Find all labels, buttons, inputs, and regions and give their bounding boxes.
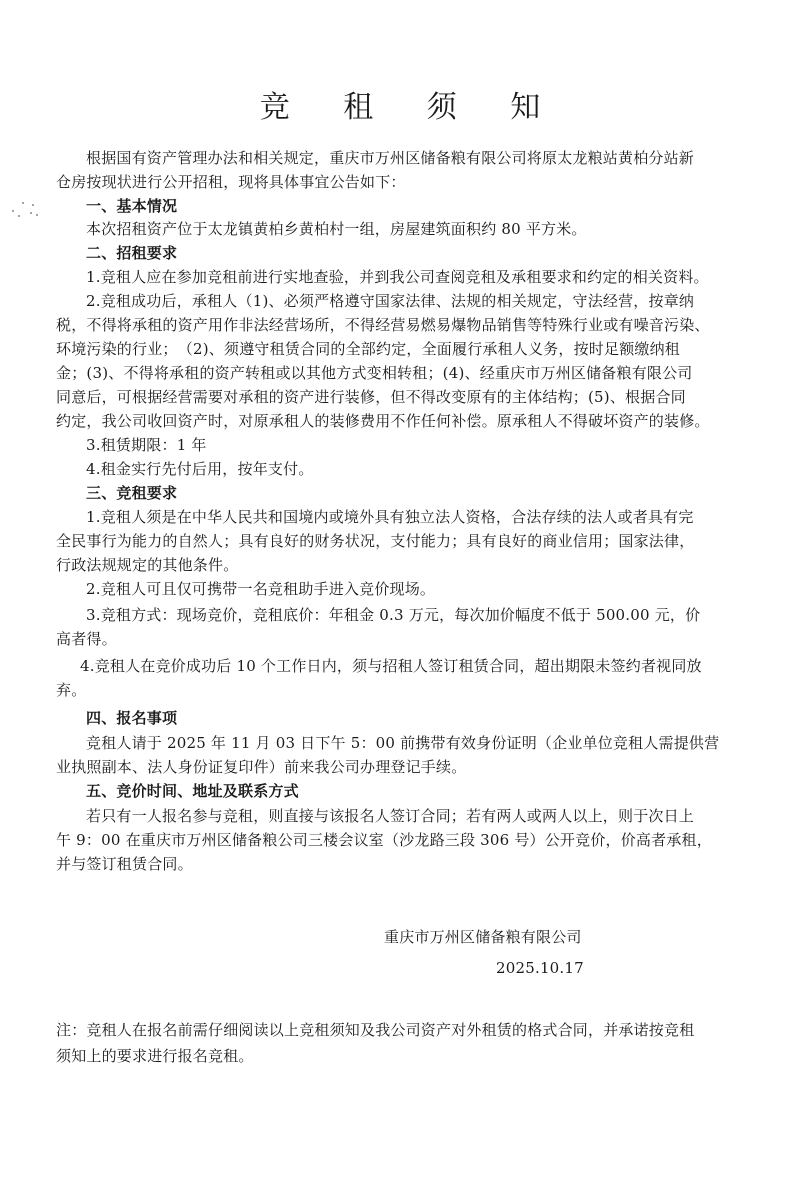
section-text: 业执照副本、法人身份证复印件）前来我公司办理登记手续。 [56, 757, 466, 777]
section-heading: 五、竞价时间、地址及联系方式 [86, 781, 299, 801]
section-text: 4.竞租人在竞价成功后 10 个工作日内，须与招租人签订租赁合同，超出期限未签约… [80, 656, 702, 676]
section-text: 全民事行为能力的自然人；具有良好的财务状况，支付能力；具有良好的商业信用；国家法… [56, 531, 694, 551]
section-text: 弃。 [56, 680, 86, 700]
section-text: 行政法规规定的其他条件。 [56, 555, 238, 575]
section-text: 2.竞租人可且仅可携带一名竞租助手进入竞价现场。 [86, 579, 435, 599]
section-text: 若只有一人报名参与竞租，则直接与该报名人签订合同；若有两人或两人以上，则于次日上 [86, 806, 694, 826]
section-text: 3.竞租方式：现场竞价，竞租底价：年租金 0.3 万元，每次加价幅度不低于 50… [86, 605, 700, 625]
section-heading: 二、招租要求 [86, 243, 177, 263]
section-text: 约定，我公司收回资产时，对原承租人的装修费用不作任何补偿。原承租人不得破坏资产的… [56, 411, 710, 431]
section-text: 环境污染的行业； （2)、须遵守租赁合同的全部约定，全面履行承租人义务，按时足额… [56, 339, 680, 359]
section-text: 1.竞租人应在参加竞租前进行实地查验，并到我公司查阅竞租及承租要求和约定的相关资… [86, 267, 709, 287]
note-line: 注：竞租人在报名前需仔细阅读以上竞租须知及我公司资产对外租赁的格式合同，并承诺按… [56, 1020, 694, 1040]
section-text: 午 9：00 在重庆市万州区储备粮公司三楼会议室（沙龙路三段 306 号）公开竞… [56, 830, 712, 850]
signature-date: 2025.10.17 [496, 958, 584, 978]
intro-line: 根据国有资产管理办法和相关规定，重庆市万州区储备粮有限公司将原太龙粮站黄柏分站新 [86, 148, 694, 168]
scan-artifact [10, 200, 45, 220]
section-text: 4.租金实行先付后用，按年支付。 [86, 459, 314, 479]
section-text: 同意后，可根据经营需要对承租的资产进行装修，但不得改变原有的主体结构；(5)、根… [56, 387, 686, 407]
intro-line: 仓房按现状进行公开招租，现将具体事宜公告如下： [56, 172, 406, 192]
section-text: 金；(3)、不得将承租的资产转租或以其他方式变相转租；(4)、经重庆市万州区储备… [56, 363, 693, 383]
section-heading: 四、报名事项 [86, 708, 177, 728]
section-text: 3.租赁期限：1 年 [86, 435, 207, 455]
section-text: 并与签订租赁合同。 [56, 854, 193, 874]
note-line: 须知上的要求进行报名竞租。 [56, 1046, 254, 1066]
section-text: 竞租人请于 2025 年 11 月 03 日下午 5：00 前携带有效身份证明（… [86, 733, 719, 753]
section-text: 本次招租资产位于太龙镇黄柏乡黄柏村一组，房屋建筑面积约 80 平方米。 [86, 219, 587, 239]
section-text: 税，不得将承租的资产用作非法经营场所，不得经营易燃易爆物品销售等特殊行业或有噪音… [56, 315, 710, 335]
signature-company: 重庆市万州区储备粮有限公司 [384, 927, 582, 947]
document-title: 竞 租 须 知 [0, 82, 800, 126]
section-text: 2.竞租成功后，承租人（1)、必须严格遵守国家法律、法规的相关规定，守法经营，按… [86, 291, 694, 311]
section-heading: 三、竞租要求 [86, 483, 177, 503]
section-text: 1.竞租人须是在中华人民共和国境内或境外具有独立法人资格，合法存续的法人或者具有… [86, 507, 694, 527]
section-heading: 一、基本情况 [86, 196, 177, 216]
section-text: 高者得。 [56, 629, 117, 649]
